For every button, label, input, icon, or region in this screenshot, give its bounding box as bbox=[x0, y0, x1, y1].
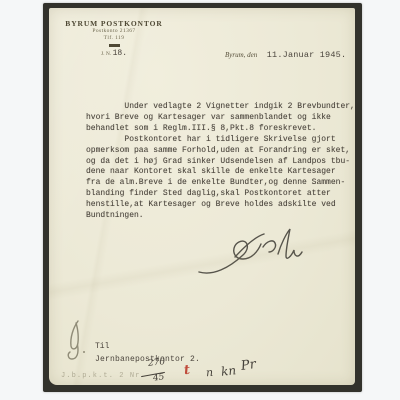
recipient-to-label: Til bbox=[95, 342, 109, 351]
scanned-letter-photo: BYRUM POSTKONTOR Postkonto 21367 Tlf. 11… bbox=[0, 0, 400, 400]
letterhead: BYRUM POSTKONTOR Postkonto 21367 Tlf. 11… bbox=[65, 19, 163, 58]
dateline: Byrum, den 11.Januar 1945. bbox=[225, 44, 346, 62]
scan-dark-backing: BYRUM POSTKONTOR Postkonto 21367 Tlf. 11… bbox=[43, 3, 362, 392]
handwritten-initial-1: n bbox=[206, 366, 214, 379]
phone-line: Tlf. 119 bbox=[65, 35, 163, 42]
date-typed: 11.Januar 1945. bbox=[267, 50, 347, 60]
letter-paper: BYRUM POSTKONTOR Postkonto 21367 Tlf. 11… bbox=[49, 8, 355, 385]
letter-body: Under vedlagte 2 Vignetter indgik 2 Brev… bbox=[86, 102, 364, 222]
received-stamp-text: J.b.p.k.t. 2 Nr. bbox=[61, 372, 146, 380]
handwritten-initial-2: kn bbox=[220, 363, 236, 378]
handwritten-initial-3: Pr bbox=[240, 357, 257, 374]
red-crayon-mark: t bbox=[183, 363, 191, 379]
case-number-denominator: 45 bbox=[152, 372, 165, 383]
place-date-printed: Byrum, den bbox=[225, 51, 257, 59]
case-number-numerator: 270 bbox=[148, 357, 166, 369]
office-name: BYRUM POSTKONTOR bbox=[65, 19, 163, 28]
letterhead-divider bbox=[109, 44, 120, 47]
journal-number: 18. bbox=[113, 49, 127, 58]
journal-number-line: J. N. 18. bbox=[65, 49, 163, 58]
margin-pencil-mark bbox=[62, 318, 88, 360]
signature-handwritten bbox=[191, 226, 303, 278]
journal-label: J. N. bbox=[101, 51, 111, 57]
